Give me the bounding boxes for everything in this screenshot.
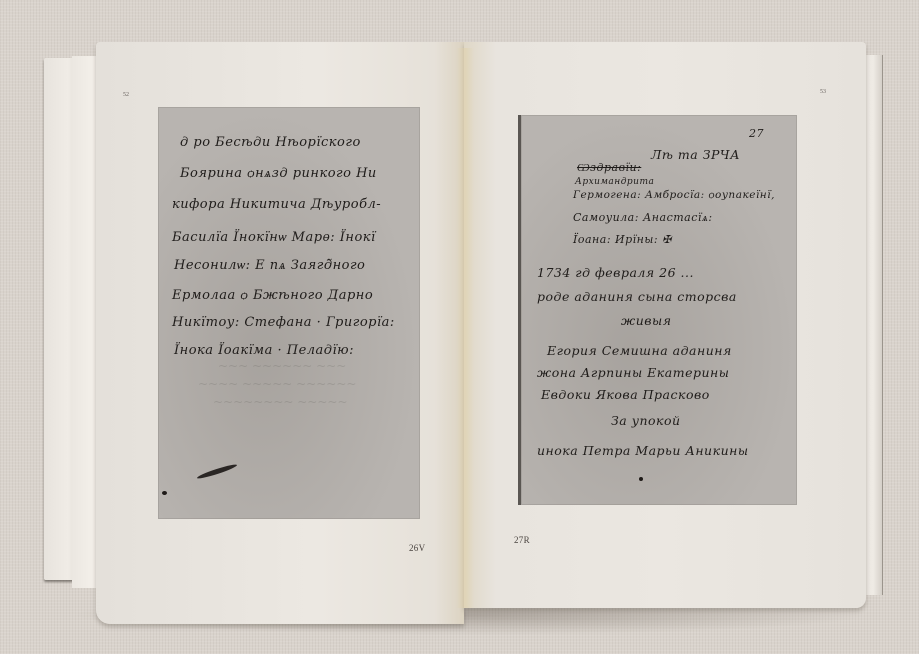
ink-blot xyxy=(162,491,167,495)
book-gutter xyxy=(456,48,474,608)
right-plate-caption: 27R xyxy=(514,535,530,545)
right-page-number: 53 xyxy=(820,89,826,95)
manuscript-line: Лѣ та ЗРЧА xyxy=(651,147,740,162)
left-manuscript-plate: д ро Бесѣди Нѣорїского Боярина ѻнѧзд рин… xyxy=(158,107,420,519)
ink-stroke xyxy=(196,463,237,481)
manuscript-line: Боярина ѻнѧзд ринкого Ни xyxy=(180,165,377,181)
manuscript-line: жона Агрпины Екатерины xyxy=(537,365,729,380)
bleed-through-text: ~~~~ ~~~~~ ~~~~~~ xyxy=(198,377,356,391)
manuscript-line: Егория Семишна аданиня xyxy=(547,343,732,358)
manuscript-line: Ермолаа ѻ Бжѣного Дарно xyxy=(172,287,373,303)
corner-mark: 27 xyxy=(749,127,764,140)
manuscript-line: живыя xyxy=(621,313,672,328)
manuscript-line: Ѡздравїи: xyxy=(577,161,641,174)
manuscript-line: кифора Никитича Дѣуробл- xyxy=(172,197,381,212)
manuscript-line: инока Петра Марьи Аникины xyxy=(537,443,749,458)
bleed-through-text: ~~~ ~~~~~~ ~~~ xyxy=(218,359,346,373)
manuscript-line: д ро Бесѣди Нѣорїского xyxy=(180,135,361,150)
manuscript-line: Архимандрита xyxy=(575,177,654,187)
ink-blot xyxy=(639,477,643,481)
manuscript-line: Їнока Їоакїма · Пеладїю: xyxy=(174,343,354,358)
left-plate-caption: 26V xyxy=(409,543,425,553)
manuscript-line: Несонилѡ: Е пѧ Заягд̃ного xyxy=(174,257,365,273)
manuscript-line: Евдоки Якова Прасково xyxy=(541,387,710,402)
manuscript-line: Їоана: Ирїны: ✠ xyxy=(573,233,672,246)
manuscript-line: Никїтоу: Стефана · Григорїа: xyxy=(172,315,395,330)
manuscript-line: Самоуила: Анастасїѧ: xyxy=(573,211,713,224)
manuscript-line: Гермогена: Амбросїа: ѻоупакеїнї, xyxy=(573,189,775,201)
manuscript-line: роде аданиня сына сторсва xyxy=(537,289,737,304)
manuscript-line: Басилїа Їнокїнѡ Марѳ: Їнокї xyxy=(172,229,376,245)
manuscript-line: За упокой xyxy=(611,413,681,428)
right-manuscript-plate: 27 Лѣ та ЗРЧА Ѡздравїи: Архимандрита Гер… xyxy=(518,115,797,505)
left-page-number: 52 xyxy=(123,92,129,98)
bleed-through-text: ~~~~~~~~ ~~~~~ xyxy=(213,395,348,409)
manuscript-line: 1734 гд февраля 26 ... xyxy=(537,265,694,280)
